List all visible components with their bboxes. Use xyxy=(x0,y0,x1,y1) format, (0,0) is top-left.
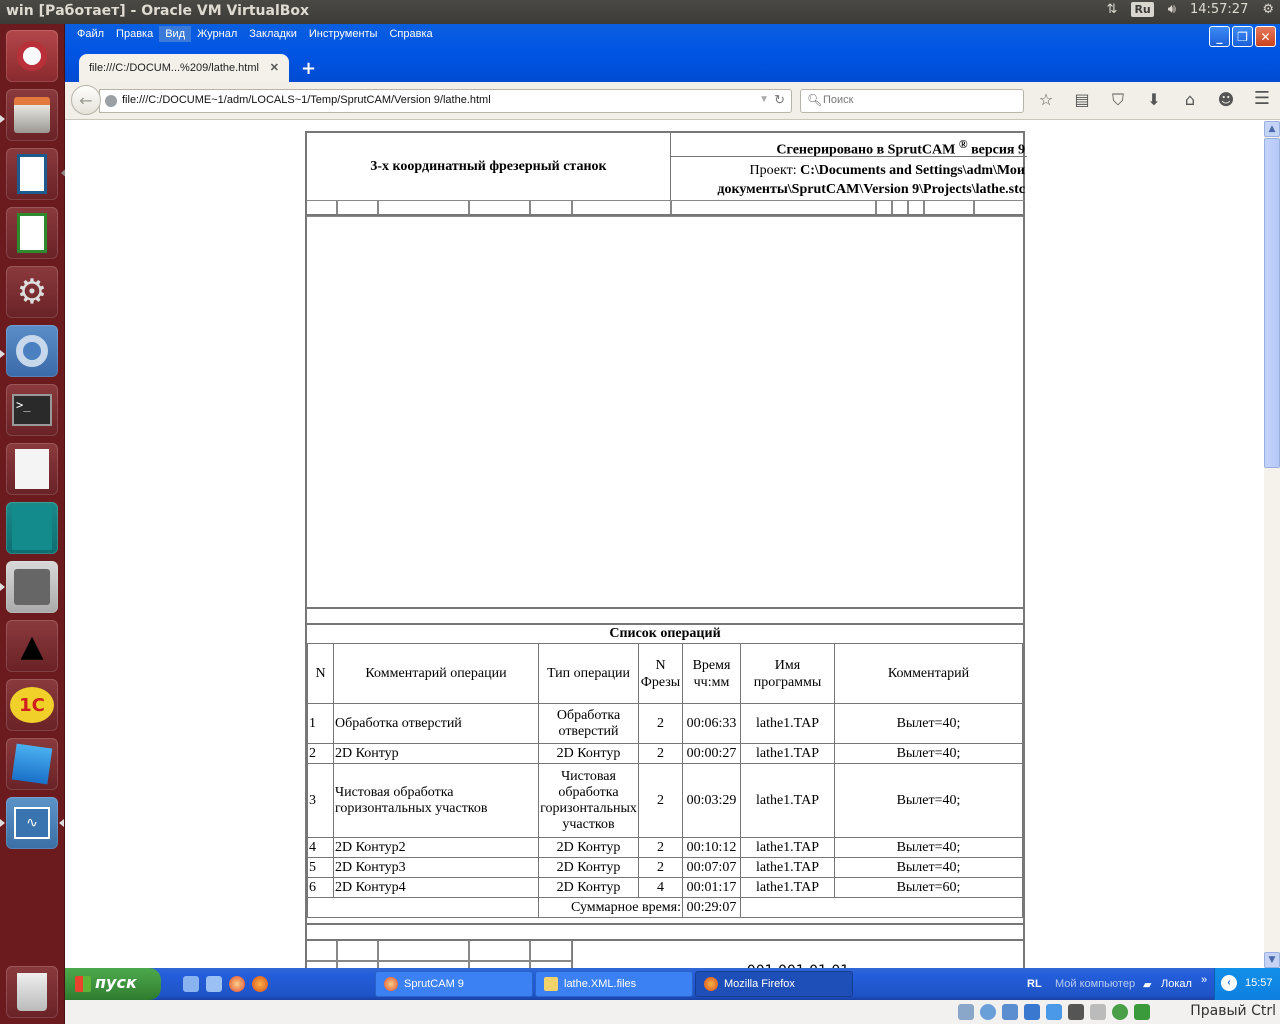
cell-op-type: 2D Контур xyxy=(539,858,639,878)
cell-time: 00:00:27 xyxy=(683,744,741,764)
tab-title: file:///C:/DOCUM...%209/lathe.html xyxy=(89,62,259,74)
col-op-comment: Комментарий операции xyxy=(334,644,539,704)
cell-tool-n: 2 xyxy=(639,764,683,838)
generated-by: Сгенерировано в SprutCAM ® версия 9 xyxy=(671,133,1027,157)
menu-edit[interactable]: Правка xyxy=(110,26,159,42)
ubuntu-top-panel: win [Работает] - Oracle VM VirtualBox ⇅ … xyxy=(0,0,1280,24)
machine-title: 3-х координатный фрезерный станок xyxy=(307,133,671,200)
stamp-cell xyxy=(337,941,378,961)
vertical-scrollbar[interactable]: ▲ ▼ xyxy=(1264,121,1280,968)
tab-lathe-html[interactable]: file:///C:/DOCUM...%209/lathe.html ✕ xyxy=(79,54,289,82)
volume-icon[interactable]: 🔊︎ xyxy=(1168,2,1176,17)
firefox-icon xyxy=(704,977,718,991)
project-path: Проект: C:\Documents and Settings\adm\Мо… xyxy=(671,157,1027,200)
language-bar[interactable]: RL xyxy=(1027,978,1042,990)
table-row: 52D Контур32D Контур200:07:07lathe1.TAPВ… xyxy=(308,858,1023,878)
cell-program: lathe1.TAP xyxy=(741,764,835,838)
inkscape-icon[interactable]: ▲ xyxy=(6,620,58,672)
quicklaunch-ie-icon[interactable] xyxy=(183,976,199,992)
toolbar-overflow-chevron-icon[interactable]: » xyxy=(1201,974,1207,986)
running-indicator xyxy=(0,583,5,591)
cell-comment: Вылет=60; xyxy=(835,878,1023,898)
start-button[interactable]: пуск xyxy=(65,968,161,1000)
system-tray: ‹ 15:57 xyxy=(1214,968,1280,1000)
cell-op-comment: 2D Контур4 xyxy=(334,878,539,898)
power-gear-icon[interactable]: ⚙ xyxy=(1262,2,1274,17)
keyboard-capture-icon[interactable] xyxy=(1134,1004,1150,1020)
running-indicator xyxy=(0,819,5,827)
reading-list-icon[interactable]: ▤ xyxy=(1071,90,1093,110)
cell-program: lathe1.TAP xyxy=(741,704,835,744)
quicklaunch-firefox-icon[interactable] xyxy=(252,976,268,992)
task-label: SprutCAM 9 xyxy=(404,978,464,990)
bottom-stamp: 001.001.01.01 xyxy=(305,939,1025,968)
files-icon[interactable] xyxy=(6,89,58,141)
total-empty xyxy=(741,898,1023,918)
task-label: lathe.XML.files xyxy=(564,978,636,990)
reload-icon[interactable]: ↻ xyxy=(774,92,785,108)
hamburger-menu-icon[interactable]: ☰ xyxy=(1254,88,1270,109)
task-sprutcam[interactable]: SprutCAM 9 xyxy=(375,971,533,997)
document-viewer-icon[interactable] xyxy=(6,502,58,554)
cell-op-type: Чистовая обработка горизонтальных участк… xyxy=(539,764,639,838)
window-title: win [Работает] - Oracle VM VirtualBox xyxy=(6,3,309,19)
cell-program: lathe1.TAP xyxy=(741,878,835,898)
task-lathe-files[interactable]: lathe.XML.files xyxy=(535,971,693,997)
document-code: 001.001.01.01 xyxy=(572,941,1023,968)
col-program: Имя программы xyxy=(741,644,835,704)
total-empty xyxy=(308,898,539,918)
system-settings-icon[interactable]: ⚙ xyxy=(6,266,58,318)
local-disk-toolbar[interactable]: Локал xyxy=(1161,978,1192,990)
cell-tool-n: 2 xyxy=(639,858,683,878)
search-icon: 🔍︎ xyxy=(807,93,822,107)
quicklaunch-sprutcam-icon[interactable] xyxy=(229,976,245,992)
total-label: Суммарное время: xyxy=(539,898,683,918)
cell-op-type: 2D Контур xyxy=(539,838,639,858)
usb-icon[interactable] xyxy=(1002,1004,1018,1020)
report-header: 3-х координатный фрезерный станок Сгенер… xyxy=(305,131,1025,216)
running-indicator xyxy=(0,350,5,358)
url-text: file:///C:/DOCUME~1/adm/LOCALS~1/Temp/Sp… xyxy=(122,94,491,106)
hdd-icon[interactable] xyxy=(958,1004,974,1020)
cpu-icon[interactable] xyxy=(1090,1004,1106,1020)
menu-history[interactable]: Журнал xyxy=(191,26,243,42)
menu-bar: Файл Правка Вид Журнал Закладки Инструме… xyxy=(71,26,439,42)
stamp-cell xyxy=(307,941,337,961)
cell-time: 00:10:12 xyxy=(683,838,741,858)
menu-file[interactable]: Файл xyxy=(71,26,110,42)
vm-screen[interactable]: Файл Правка Вид Журнал Закладки Инструме… xyxy=(65,24,1280,1000)
cell-tool-n: 2 xyxy=(639,704,683,744)
cell-comment: Вылет=40; xyxy=(835,764,1023,838)
cell-comment: Вылет=40; xyxy=(835,838,1023,858)
chromium-icon[interactable] xyxy=(6,325,58,377)
total-time: 00:29:07 xyxy=(683,898,741,918)
search-placeholder: Поиск xyxy=(823,94,853,106)
stamp-cell xyxy=(530,941,572,961)
operations-block: Список операций N Комментарий операции Т… xyxy=(305,623,1025,925)
project-path-line2: документы\SprutCAM\Version 9\Projects\la… xyxy=(717,182,1025,197)
folder-icon xyxy=(544,977,558,991)
windows-taskbar: пуск SprutCAM 9 lathe.XML.files Mozilla … xyxy=(65,968,1280,1000)
cell-comment: Вылет=40; xyxy=(835,858,1023,878)
back-arrow-icon[interactable]: ← xyxy=(71,85,101,115)
cell-op-type: 2D Контур xyxy=(539,878,639,898)
url-history-dropdown-icon[interactable]: ▼ xyxy=(759,94,769,105)
cell-op-comment: Обработка отверстий xyxy=(334,704,539,744)
menu-tools[interactable]: Инструменты xyxy=(303,26,384,42)
calculator-icon[interactable] xyxy=(6,561,58,613)
col-op-type: Тип операции xyxy=(539,644,639,704)
table-header-row: N Комментарий операции Тип операции N Фр… xyxy=(308,644,1023,704)
trash-icon[interactable] xyxy=(6,966,58,1018)
system-monitor-icon[interactable]: ∿ xyxy=(6,797,58,849)
task-label: Mozilla Firefox xyxy=(724,978,795,990)
operations-table: N Комментарий операции Тип операции N Фр… xyxy=(307,643,1023,918)
unity-launcher: ⚙ >_ ▲ 1C ∿ xyxy=(0,24,65,1024)
cell-op-comment: 2D Контур2 xyxy=(334,838,539,858)
generated-suffix: версия 9 xyxy=(968,143,1025,157)
stamp-cell xyxy=(378,941,469,961)
task-firefox[interactable]: Mozilla Firefox xyxy=(695,971,853,997)
table-row: 1Обработка отверстийОбработка отверстий2… xyxy=(308,704,1023,744)
cell-n: 6 xyxy=(308,878,334,898)
restore-button[interactable]: ❐ xyxy=(1232,26,1253,47)
col-n: N xyxy=(308,644,334,704)
focused-indicator xyxy=(59,819,64,827)
dash-ubuntu-icon[interactable] xyxy=(6,30,58,82)
table-row: 22D Контур2D Контур200:00:27lathe1.TAPВы… xyxy=(308,744,1023,764)
panel-clock[interactable]: 14:57:27 xyxy=(1190,2,1248,17)
cell-time: 00:06:33 xyxy=(683,704,741,744)
stamp-cell xyxy=(337,961,378,968)
windows-flag-icon xyxy=(75,976,91,992)
shared-folders-icon[interactable] xyxy=(1046,1004,1062,1020)
project-label: Проект: xyxy=(749,163,800,178)
hello-icon[interactable]: ☻ xyxy=(1215,90,1237,110)
stamp-cell xyxy=(469,941,530,961)
cell-n: 1 xyxy=(308,704,334,744)
running-indicator xyxy=(0,115,5,123)
cell-comment: Вылет=40; xyxy=(835,744,1023,764)
search-input[interactable]: 🔍︎ Поиск xyxy=(800,89,1024,113)
cell-tool-n: 2 xyxy=(639,838,683,858)
cell-program: lathe1.TAP xyxy=(741,838,835,858)
menu-bookmarks[interactable]: Закладки xyxy=(243,26,303,42)
col-time: Время чч:мм xyxy=(683,644,741,704)
my-computer-toolbar[interactable]: Мой компьютер xyxy=(1055,978,1135,990)
cell-comment: Вылет=40; xyxy=(835,704,1023,744)
table-row: 3Чистовая обработка горизонтальных участ… xyxy=(308,764,1023,838)
registered-mark: ® xyxy=(959,138,968,151)
cell-tool-n: 4 xyxy=(639,878,683,898)
virtualbox-icon[interactable] xyxy=(6,738,58,790)
navigation-toolbar: file:///C:/DOCUME~1/adm/LOCALS~1/Temp/Sp… xyxy=(65,82,1280,120)
minimize-button[interactable]: _ xyxy=(1209,26,1230,47)
cell-op-comment: Чистовая обработка горизонтальных участк… xyxy=(334,764,539,838)
tab-close-icon[interactable]: ✕ xyxy=(270,61,279,74)
cell-tool-n: 2 xyxy=(639,744,683,764)
keyboard-layout-indicator[interactable]: Ru xyxy=(1131,2,1153,17)
cell-time: 00:07:07 xyxy=(683,858,741,878)
scroll-up-arrow-icon[interactable]: ▲ xyxy=(1264,121,1280,137)
generated-prefix: Сгенерировано в SprutCAM xyxy=(776,143,955,157)
stamp-cell xyxy=(378,961,469,968)
text-editor-icon[interactable] xyxy=(6,443,58,495)
virtualbox-status-bar: Правый Ctrl xyxy=(65,1000,1280,1024)
home-icon[interactable]: ⌂ xyxy=(1179,90,1201,110)
taskbar-clock[interactable]: 15:57 xyxy=(1245,977,1273,989)
cell-op-type: 2D Контур xyxy=(539,744,639,764)
window-controls: _ ❐ ✕ xyxy=(1209,26,1276,47)
cell-n: 5 xyxy=(308,858,334,878)
stamp-cell xyxy=(530,961,572,968)
tray-expand-icon[interactable]: ‹ xyxy=(1221,975,1237,991)
close-button[interactable]: ✕ xyxy=(1255,26,1276,47)
cell-n: 3 xyxy=(308,764,334,838)
scroll-down-arrow-icon[interactable]: ▼ xyxy=(1264,952,1280,968)
table-row: 42D Контур22D Контур200:10:12lathe1.TAPВ… xyxy=(308,838,1023,858)
network-adapter-icon[interactable] xyxy=(1024,1004,1040,1020)
project-path-line1: C:\Documents and Settings\adm\Мои xyxy=(800,163,1025,178)
star-icon[interactable]: ☆ xyxy=(1035,90,1057,110)
tab-strip: file:///C:/DOCUM...%209/lathe.html ✕ + xyxy=(65,52,1280,80)
cell-time: 00:03:29 xyxy=(683,764,741,838)
operations-title: Список операций xyxy=(307,625,1023,643)
video-capture-icon[interactable] xyxy=(1068,1004,1084,1020)
stamp-cell xyxy=(469,961,530,968)
cell-op-comment: 2D Контур xyxy=(334,744,539,764)
cell-time: 00:01:17 xyxy=(683,878,741,898)
indicator-area: ⇅ Ru 🔊︎ 14:57:27 ⚙ xyxy=(1107,2,1274,17)
quicklaunch-desktop-icon[interactable] xyxy=(206,976,222,992)
page-content: 3-х координатный фрезерный станок Сгенер… xyxy=(65,121,1264,968)
mouse-integration-icon[interactable] xyxy=(1112,1004,1128,1020)
download-icon[interactable]: ⬇ xyxy=(1143,90,1165,110)
network-icon[interactable]: ⇅ xyxy=(1107,2,1118,17)
terminal-icon[interactable]: >_ xyxy=(6,384,58,436)
cell-op-comment: 2D Контур3 xyxy=(334,858,539,878)
drawing-area xyxy=(305,214,1025,609)
start-label: пуск xyxy=(95,973,137,992)
cell-program: lathe1.TAP xyxy=(741,744,835,764)
1c-icon[interactable]: 1C xyxy=(6,679,58,731)
menu-view[interactable]: Вид xyxy=(159,26,191,42)
cell-op-type: Обработка отверстий xyxy=(539,704,639,744)
cell-program: lathe1.TAP xyxy=(741,858,835,878)
libreoffice-calc-icon[interactable] xyxy=(6,207,58,259)
url-bar[interactable]: file:///C:/DOCUME~1/adm/LOCALS~1/Temp/Sp… xyxy=(99,89,792,113)
total-row: Суммарное время:00:29:07 xyxy=(308,898,1023,918)
optical-drive-icon[interactable] xyxy=(980,1004,996,1020)
col-tool-n: N Фрезы xyxy=(639,644,683,704)
cell-n: 4 xyxy=(308,838,334,858)
toolbar-icons: ☆ ▤ ⛉ ⬇ ⌂ ☻ xyxy=(1035,90,1237,110)
table-row: 62D Контур42D Контур400:01:17lathe1.TAPВ… xyxy=(308,878,1023,898)
site-identity-globe-icon[interactable] xyxy=(105,95,117,107)
scrollbar-thumb[interactable] xyxy=(1264,138,1280,468)
drive-icon: ▰ xyxy=(1143,978,1151,991)
operations-body: 1Обработка отверстийОбработка отверстий2… xyxy=(308,704,1023,918)
col-comment: Комментарий xyxy=(835,644,1023,704)
new-tab-plus-icon[interactable]: + xyxy=(301,58,316,79)
sprutcam-icon xyxy=(384,977,398,991)
host-key-label: Правый Ctrl xyxy=(1190,1003,1276,1019)
pocket-icon[interactable]: ⛉ xyxy=(1107,90,1129,110)
menu-help[interactable]: Справка xyxy=(383,26,438,42)
vbox-device-icons xyxy=(958,1004,1150,1020)
stamp-cell xyxy=(307,961,337,968)
libreoffice-writer-icon[interactable] xyxy=(6,148,58,200)
cell-n: 2 xyxy=(308,744,334,764)
